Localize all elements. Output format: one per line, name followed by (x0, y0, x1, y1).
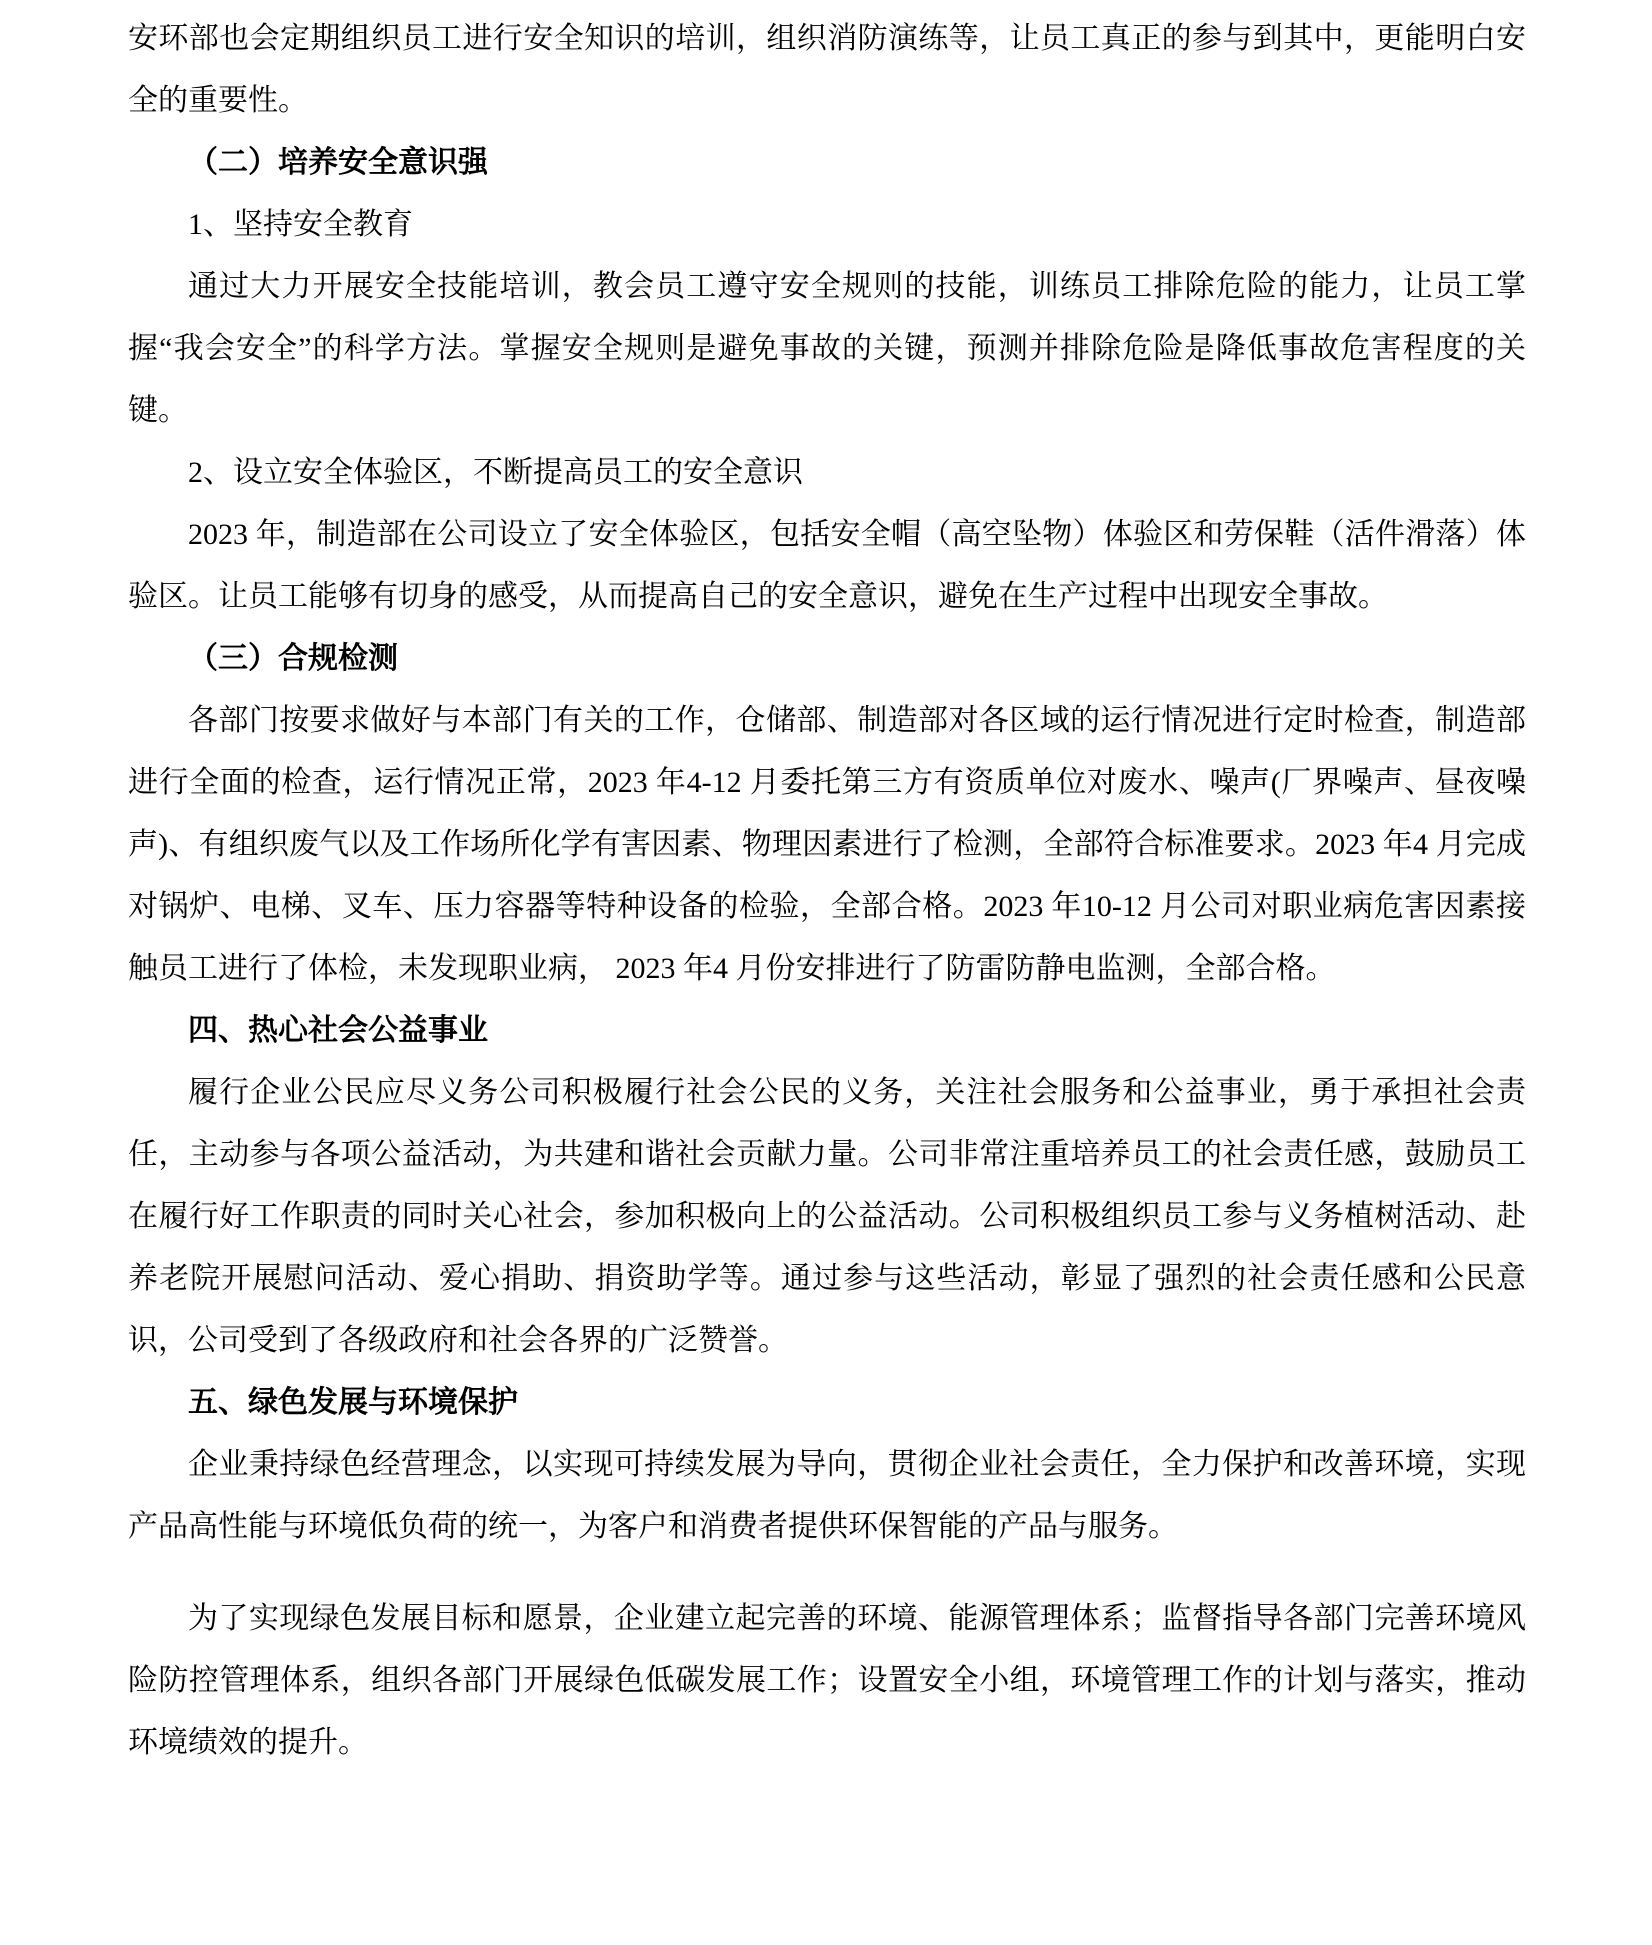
section-heading-compliance-testing: （三）合规检测 (128, 628, 1526, 690)
section-heading-green-development: 五、绿色发展与环境保护 (128, 1372, 1526, 1434)
paragraph-public-welfare-detail: 履行企业公民应尽义务公司积极履行社会公民的义务，关注社会服务和公益事业，勇于承担… (128, 1062, 1526, 1372)
document-content: 安环部也会定期组织员工进行安全知识的培训，组织消防演练等，让员工真正的参与到其中… (128, 8, 1526, 1774)
paragraph-experience-zone-detail: 2023 年，制造部在公司设立了安全体验区，包括安全帽（高空坠物）体验区和劳保鞋… (128, 504, 1526, 628)
list-item-safety-experience-zone: 2、设立安全体验区，不断提高员工的安全意识 (128, 442, 1526, 504)
paragraph-green-management-system: 为了实现绿色发展目标和愿景，企业建立起完善的环境、能源管理体系；监督指导各部门完… (128, 1588, 1526, 1774)
document-page: 安环部也会定期组织员工进行安全知识的培训，组织消防演练等，让员工真正的参与到其中… (0, 0, 1652, 1945)
paragraph-green-philosophy: 企业秉持绿色经营理念，以实现可持续发展为导向，贯彻企业社会责任，全力保护和改善环… (128, 1434, 1526, 1558)
section-heading-public-welfare: 四、热心社会公益事业 (128, 1000, 1526, 1062)
list-item-safety-education: 1、坚持安全教育 (128, 194, 1526, 256)
paragraph-compliance-testing-detail: 各部门按要求做好与本部门有关的工作，仓储部、制造部对各区域的运行情况进行定时检查… (128, 690, 1526, 1000)
section-heading-cultivate-safety-awareness: （二）培养安全意识强 (128, 132, 1526, 194)
paragraph-safety-training-continuation: 安环部也会定期组织员工进行安全知识的培训，组织消防演练等，让员工真正的参与到其中… (128, 8, 1526, 132)
paragraph-safety-skills-training: 通过大力开展安全技能培训，教会员工遵守安全规则的技能，训练员工排除危险的能力，让… (128, 256, 1526, 442)
